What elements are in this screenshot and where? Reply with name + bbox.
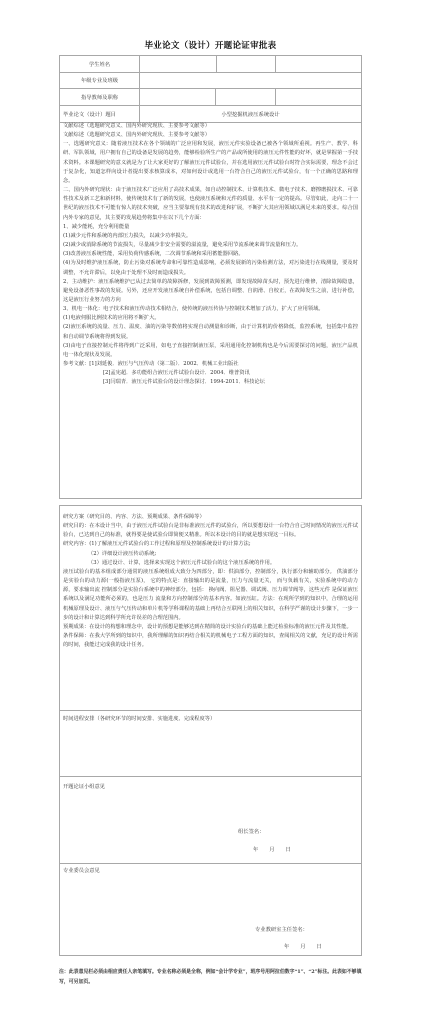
literature-paragraph: (3)由电子直接控制元件将得到广泛采用，如电子直接控制液压泵，采用通用化控制机构… xyxy=(63,342,358,360)
grade-major-class-field[interactable] xyxy=(140,73,361,89)
plan-purpose: 研究目的：在本设计当中，由于液压元件试验台是非标准液压元件的试验台，所以要想设计… xyxy=(63,522,358,540)
thesis-title-value: 小型挖掘机液压系统设计 xyxy=(140,106,361,123)
student-id-field[interactable] xyxy=(217,56,276,72)
row-thesis-title: 毕业论文（设计）题目 小型挖掘机液压系统设计 xyxy=(60,106,361,123)
page-title: 毕业论文（设计）开题论证审批表 xyxy=(0,39,421,51)
literature-paragraph: (1)减少元件和系统的内部压力损失，以减少功率损失。 xyxy=(63,232,358,241)
committee-opinion-heading: 专业委员会意见 xyxy=(63,867,358,876)
plan-heading: 研究方案（研究目的、内容、方法、预期成果、条件保障等） xyxy=(63,513,358,522)
literature-heading: 文献综述（选题研究意义、国内外研究现状、主要参考文献等） xyxy=(63,122,358,131)
literature-paragraph: (1)电液伺服比例技术的应用将不断扩大。 xyxy=(63,314,358,323)
row-student-name: 学生姓名 xyxy=(60,56,361,73)
reference-item: [2]孟宪超．多功能组合液压元件试验台设计．2004．维普资讯 xyxy=(63,369,358,378)
reference-item: [1]刘延俊．液压与气压传动（第二版）．2002．机械工业出版社 xyxy=(89,361,238,367)
literature-paragraph: (2)减少或消除系统的节流损失，尽量减少非安全需要的溢流量，避免采用节流系统来调… xyxy=(63,241,358,250)
literature-paragraph: 3、机电一体化：电子技术和液压传动技术相结合，使传统的液压传协与控制技术增加了活… xyxy=(63,305,358,314)
group-date-label: 年 月 日 xyxy=(253,846,291,855)
grade-major-class-label: 年级专业及班级 xyxy=(60,73,140,89)
literature-paragraph: 2、主动维护：液压系统维护已从过去简单的故障拆修，发展到故障预测，即发现故障苗头… xyxy=(63,278,358,305)
literature-paragraph: 二、国内外研究现状：由于液压技术广泛应用了高技术成果，如自动控制技术、计算机技术… xyxy=(63,186,358,223)
footnote: 注：此表意见栏必须由相应责任人亲笔填写。专业名称必须是全称，例如“会计学专业”，… xyxy=(59,968,362,987)
row-advisor: 指导教师及职称 xyxy=(60,89,361,106)
literature-paragraph: (3)改善液压系统性能，采用负荷传感系统，二次调节系统和采用蓄能器回路。 xyxy=(63,250,358,259)
schedule-section[interactable]: 时间进程安排（各研究环节的时间安排、实施进度、完成程度等） xyxy=(59,711,362,777)
plan-conditions: 条件保障：在我大学所到的知识中，我所理解的知识再结合相关的机械电子工程方面的知识… xyxy=(63,632,358,650)
literature-review-section: 文献综述（选题研究意义、国内外研究现状、主要参考文献等） 文献综述（选题研究意义… xyxy=(59,121,362,499)
plan-expected: 预期成果：在设计的构想和理念中，设计的预想是能够达到在精简的设计实验台的基础上能… xyxy=(63,623,358,632)
plan-content-item: （2）详细设计液压传动系统; xyxy=(63,550,358,559)
plan-content-item: （3）通过设计、计算，选择来实现这个液压元件试验台的这个液压系统的作用。 xyxy=(63,559,358,568)
schedule-heading: 时间进程安排（各研究环节的时间安排、实施进度、完成程度等） xyxy=(63,715,358,724)
committee-opinion-section[interactable]: 专业委员会意见 专业教研室主任签名： 年 月 日 xyxy=(59,864,362,956)
advisor-extra-field[interactable] xyxy=(276,89,361,105)
advisor-label: 指导教师及职称 xyxy=(60,89,140,105)
plan-content-body: 液压试验台的基本组成部分通常的液压系统组成大致分为四部分，即：供油部分，控制部分… xyxy=(63,568,358,623)
references-first: 参考文献：[1]刘延俊．液压与气压传动（第二版）．2002．机械工业出版社 xyxy=(63,360,358,369)
literature-paragraph: 一、选题研究意义：随着液压技术在各个领域的广泛应用和发展，液压元件实验设备已被各… xyxy=(63,140,358,186)
literature-heading-repeat: 文献综述（选题研究意义、国内外研究现状、主要参考文献等） xyxy=(63,131,358,140)
advisor-name-field[interactable] xyxy=(140,89,216,105)
plan-content-label: 研究内容： xyxy=(63,541,89,547)
director-signature-label: 专业教研室主任签名： xyxy=(255,926,308,935)
student-extra-field[interactable] xyxy=(276,56,361,72)
advisor-title-field[interactable] xyxy=(216,89,276,105)
literature-paragraph: (4)为及时维护液压系统，防止污染对系统寿命和可靠性造成影响，必须发展新的污染检… xyxy=(63,259,358,277)
group-opinion-heading: 开题论证小组意见 xyxy=(63,783,358,792)
literature-paragraph: (2)液压系统的流量、压力、温度、油的污染等数值将实现自动测量和诊断，由于计算机… xyxy=(63,323,358,341)
literature-paragraph: 1、减少能耗，充分利用能量 xyxy=(63,223,358,232)
plan-content-first: 研究内容：(1)了解液压元件试验台的工作过程和原理及控制系统设计的计算方法; xyxy=(63,540,358,549)
row-grade-major-class: 年级专业及班级 xyxy=(60,73,361,90)
committee-date-label: 年 月 日 xyxy=(284,943,322,952)
reference-item: [3]闫瑞青．液压元件试验台的设计理念探讨．1994-2011．科技论坛 xyxy=(63,378,358,387)
references-label: 参考文献： xyxy=(63,361,89,367)
student-name-label: 学生姓名 xyxy=(60,56,140,72)
group-leader-signature-label: 组长签名： xyxy=(238,828,265,837)
research-plan-section: 研究方案（研究目的、内容、方法、预期成果、条件保障等） 研究目的：在本设计当中，… xyxy=(59,505,362,711)
header-table: 学生姓名 年级专业及班级 指导教师及职称 毕业论文（设计）题目 小型挖掘机液压系… xyxy=(59,55,362,123)
plan-content-item: (1)了解液压元件试验台的工作过程和原理及控制系统设计的计算方法; xyxy=(89,541,250,547)
thesis-title-label: 毕业论文（设计）题目 xyxy=(60,106,140,123)
group-opinion-section[interactable]: 开题论证小组意见 组长签名： 年 月 日 xyxy=(59,777,362,864)
student-name-field[interactable] xyxy=(140,56,217,72)
